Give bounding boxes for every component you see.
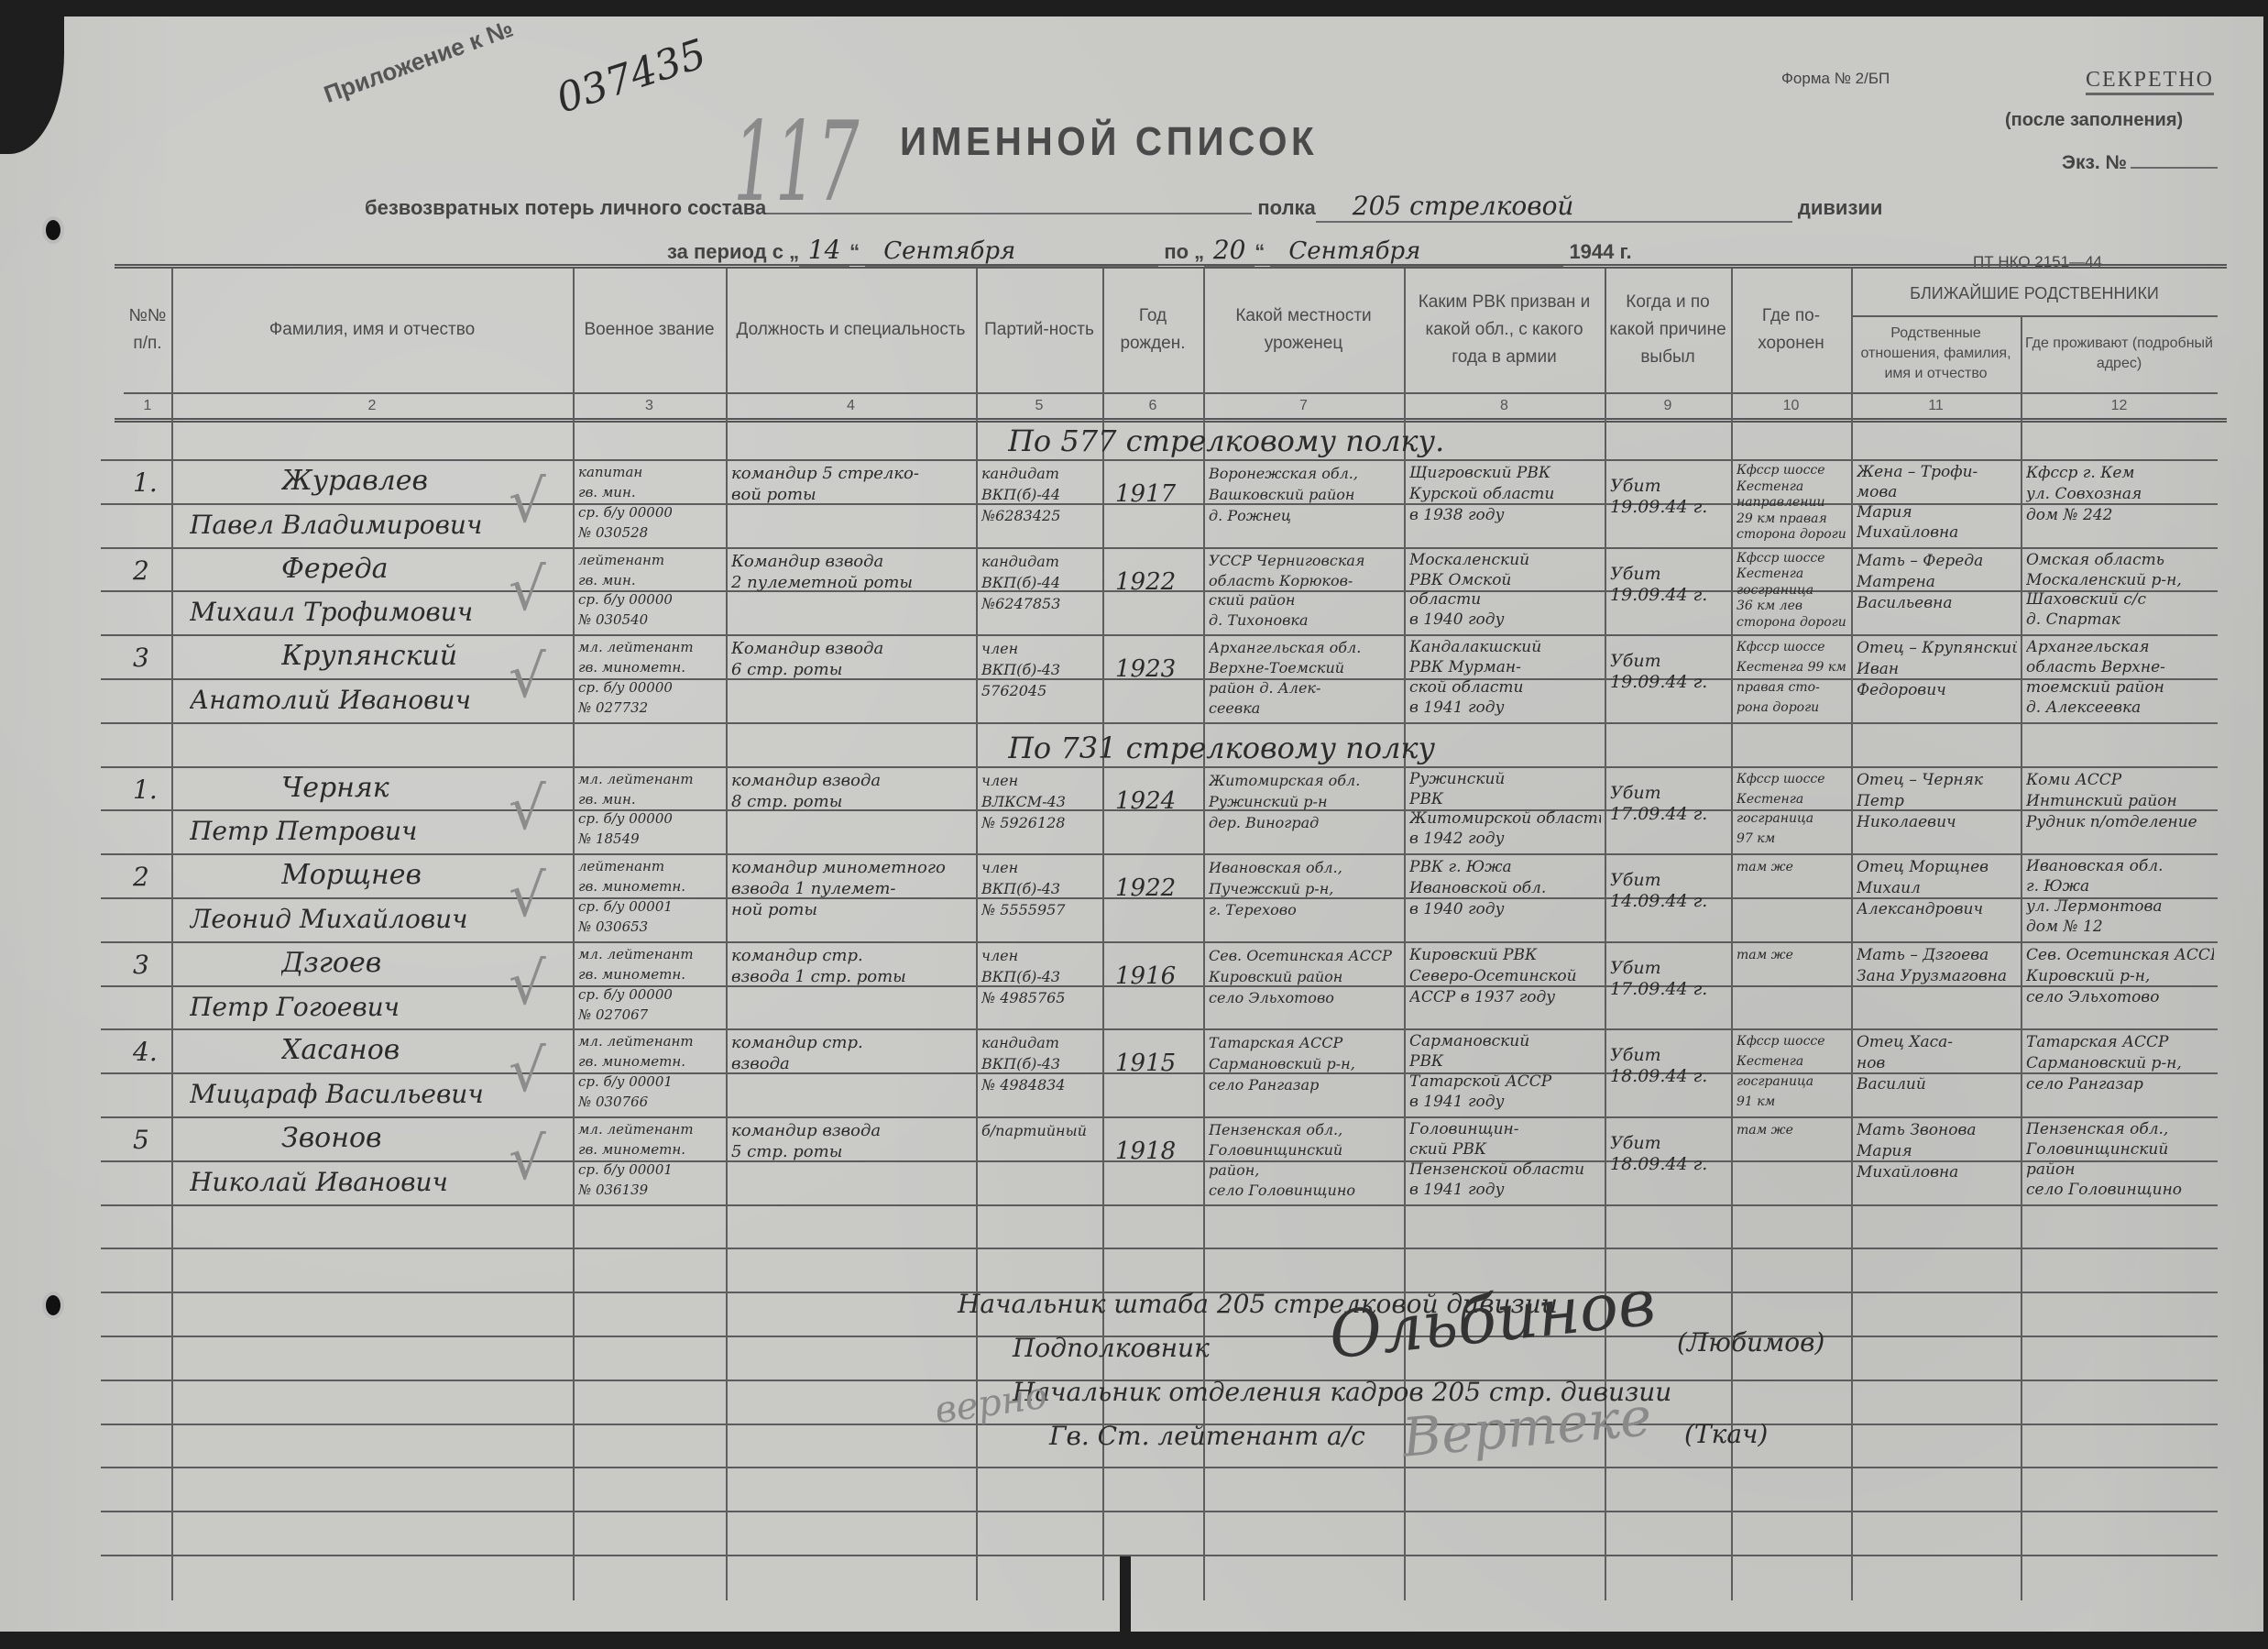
position-line: взвода 1 стр. роты bbox=[731, 966, 972, 987]
party-membership: кандидатВКП(б)-44№6283425 bbox=[981, 463, 1099, 547]
birth-year: 1922 bbox=[1115, 870, 1198, 907]
draft-office-line: Москаленский bbox=[1409, 551, 1601, 571]
period-from-month: Сентября bbox=[865, 237, 1158, 267]
signature-name-personnel-chief: (Ткач) bbox=[1684, 1419, 1768, 1449]
copy-number-text: Экз. № bbox=[2062, 152, 2127, 173]
party-membership-line: ВКП(б)-43 bbox=[981, 1053, 1099, 1074]
burial-place: там же bbox=[1737, 857, 1847, 941]
draft-office-line: области bbox=[1409, 590, 1601, 610]
position-line: 8 стр. роты bbox=[731, 791, 972, 812]
next-of-kin-address: Кфсср г. Кемул. Совхознаядом № 242 bbox=[2026, 463, 2214, 547]
position-line: Командир взвода bbox=[731, 551, 972, 572]
military-rank-line: мл. лейтенант bbox=[578, 638, 722, 658]
row-number: 2 bbox=[133, 555, 170, 588]
division-value: 205 стрелковой bbox=[1316, 191, 1574, 221]
draft-office: Кировский РВКСеверо-ОсетинскойАССР в 193… bbox=[1409, 945, 1601, 1029]
next-of-kin-address-line: Интинский район bbox=[2026, 791, 2214, 812]
party-membership-line: кандидат bbox=[981, 463, 1099, 484]
burial-place-line: сторона дороги bbox=[1737, 615, 1847, 632]
military-rank-line: № 030540 bbox=[578, 610, 722, 631]
military-rank-line: ср. б/у 00001 bbox=[578, 897, 722, 918]
draft-office-line: в 1941 году bbox=[1409, 1181, 1601, 1201]
birthplace-line: Сармановский р-н, bbox=[1209, 1053, 1400, 1074]
party-membership-line: ВКП(б)-44 bbox=[981, 484, 1099, 505]
row-line bbox=[101, 1204, 2218, 1206]
burial-place-line: Кфсср шоссе bbox=[1737, 551, 1847, 567]
column-number-2: 2 bbox=[171, 398, 573, 414]
column-header-label: Партий-ность bbox=[984, 316, 1094, 344]
form-code: ПТ НКО 2151—44 bbox=[1973, 253, 2102, 271]
date-reason-left-line: 18.09.44 г. bbox=[1610, 1154, 1727, 1175]
draft-office: РужинскийРВКЖитомирской областив 1942 го… bbox=[1409, 770, 1601, 854]
period-year: 1944 г. bbox=[1569, 240, 1631, 263]
checkmark-icon: √ bbox=[509, 863, 546, 930]
birth-year: 1923 bbox=[1115, 651, 1198, 687]
punch-hole bbox=[46, 1295, 60, 1315]
row-line bbox=[101, 547, 2218, 549]
next-of-kin-line: Александрович bbox=[1857, 899, 2017, 920]
next-of-kin-line: Зана Урузмаговна bbox=[1857, 966, 2017, 987]
draft-office-line: в 1940 году bbox=[1409, 899, 1601, 920]
column-header-label: Где проживают (подробный адрес) bbox=[2025, 334, 2213, 374]
military-rank: капитангв. мин.ср. б/у 00000№ 030528 bbox=[578, 463, 722, 547]
date-reason-left: Убит19.09.44 г. bbox=[1610, 476, 1727, 547]
losses-label: безвозвратных потерь личного состава bbox=[365, 196, 766, 219]
column-header-label: Родственные отношения, фамилия, имя и от… bbox=[1856, 324, 2016, 384]
military-rank-line: № 030653 bbox=[578, 918, 722, 938]
birthplace: Архангельская обл.Верхне-Тоемскийрайон д… bbox=[1209, 638, 1400, 722]
draft-office-line: Северо-Осетинской bbox=[1409, 966, 1601, 987]
party-membership-line: № 5555957 bbox=[981, 899, 1099, 920]
draft-office: РВК г. ЮжаИвановской обл.в 1940 году bbox=[1409, 857, 1601, 941]
section-title: По 577 стрелковому полку. bbox=[1008, 421, 1833, 461]
column-number-1: 1 bbox=[124, 398, 171, 414]
birthplace-line: дер. Виноград bbox=[1209, 812, 1400, 833]
birthplace-line: Сев. Осетинская АССР bbox=[1209, 945, 1400, 966]
party-membership-line: б/партийный bbox=[981, 1120, 1099, 1141]
date-reason-left: Убит14.09.44 г. bbox=[1610, 870, 1727, 941]
military-rank-line: гв. минометн. bbox=[578, 877, 722, 897]
column-header-10: Где по-хоронен bbox=[1731, 271, 1851, 389]
military-rank: мл. лейтенантгв. минометн.ср. б/у 00000№… bbox=[578, 945, 722, 1029]
birth-year: 1917 bbox=[1115, 476, 1198, 512]
position-line: взвода bbox=[731, 1053, 972, 1074]
burial-place-line: Кестенга bbox=[1737, 566, 1847, 583]
date-reason-left-line: 19.09.44 г. bbox=[1610, 672, 1727, 693]
next-of-kin-address-line: Рудник п/отделение bbox=[2026, 812, 2214, 833]
draft-office-line: ской области bbox=[1409, 678, 1601, 698]
next-of-kin-line: Васильевна bbox=[1857, 593, 2017, 614]
birth-year: 1916 bbox=[1115, 958, 1198, 995]
column-header-8: Каким РВК призван и какой обл., с какого… bbox=[1404, 271, 1605, 389]
party-membership-line: кандидат bbox=[981, 551, 1099, 572]
next-of-kin-address-line: Ивановская обл. bbox=[2026, 857, 2214, 877]
next-of-kin-address: Архангельскаяобласть Верхне-тоемский рай… bbox=[2026, 638, 2214, 722]
military-rank-line: ср. б/у 00000 bbox=[578, 590, 722, 610]
appendix-number: 037435 bbox=[551, 30, 712, 122]
next-of-kin-address-line: Татарская АССР bbox=[2026, 1032, 2214, 1053]
next-of-kin-line: Мария bbox=[1857, 1141, 2017, 1162]
column-number-11: 11 bbox=[1851, 398, 2021, 414]
military-rank-line: гв. мин. bbox=[578, 790, 722, 810]
next-of-kin-line: Мать – Фереда bbox=[1857, 551, 2017, 572]
next-of-kin-line: Федорович bbox=[1857, 680, 2017, 701]
period-line: за период с „14“ Сентября по „20“ Сентяб… bbox=[667, 235, 1632, 267]
party-membership-line: член bbox=[981, 945, 1099, 966]
row-line bbox=[101, 722, 2218, 724]
birthplace: Житомирская обл.Ружинский р-ндер. Виногр… bbox=[1209, 770, 1400, 854]
date-reason-left: Убит17.09.44 г. bbox=[1610, 783, 1727, 854]
next-of-kin-line: Жена – Трофи- bbox=[1857, 463, 2017, 483]
column-line bbox=[1731, 269, 1733, 1600]
military-rank-line: лейтенант bbox=[578, 857, 722, 877]
date-reason-left-line: 17.09.44 г. bbox=[1610, 804, 1727, 825]
party-membership-line: №6247853 bbox=[981, 593, 1099, 614]
position: командир стр.взвода bbox=[731, 1032, 972, 1116]
column-header-label: Какой местности уроженец bbox=[1208, 302, 1399, 357]
given-name: Мицараф Васильевич bbox=[190, 1076, 556, 1113]
date-reason-left-line: Убит bbox=[1610, 783, 1727, 804]
next-of-kin-address-line: ул. Лермонтова bbox=[2026, 897, 2214, 918]
next-of-kin: Отец МорщневМихаилАлександрович bbox=[1857, 857, 2017, 941]
next-of-kin-address-line: Шаховский с/с bbox=[2026, 590, 2214, 610]
military-rank-line: № 036139 bbox=[578, 1181, 722, 1201]
burial-place-line: Кфсср шоссе bbox=[1737, 770, 1847, 790]
burial-place-line: госграница bbox=[1737, 809, 1847, 830]
next-of-kin-address-line: д. Спартак bbox=[2026, 610, 2214, 631]
draft-office-line: АССР в 1937 году bbox=[1409, 987, 1601, 1008]
division-label: дивизии bbox=[1798, 196, 1883, 219]
position: командир стр.взвода 1 стр. роты bbox=[731, 945, 972, 1029]
period-label: за период с bbox=[667, 240, 783, 263]
given-name: Михаил Трофимович bbox=[190, 594, 556, 631]
next-of-kin-line: Мария bbox=[1857, 503, 2017, 523]
position-line: взвода 1 пулемет- bbox=[731, 878, 972, 899]
birthplace-line: Вашковский район bbox=[1209, 484, 1400, 505]
unit-field bbox=[766, 213, 1252, 214]
column-header-3: Военное звание bbox=[573, 271, 726, 389]
burial-place-line: Кестенга bbox=[1737, 1052, 1847, 1072]
birth-year: 1924 bbox=[1115, 783, 1198, 819]
military-rank: мл. лейтенантгв. минометн.ср. б/у 00000№… bbox=[578, 638, 722, 722]
row-line bbox=[101, 1555, 2218, 1556]
burial-place: Кфсср шоссеКестенга 99 кмправая сто-рона… bbox=[1737, 638, 1847, 722]
period-from-day: 14 bbox=[799, 235, 849, 267]
military-rank-line: гв. мин. bbox=[578, 483, 722, 503]
next-of-kin-line: нов bbox=[1857, 1053, 2017, 1074]
position-line: 5 стр. роты bbox=[731, 1141, 972, 1162]
draft-office: Щигровский РВККурской областив 1938 году bbox=[1409, 463, 1601, 547]
birthplace-line: район д. Алек- bbox=[1209, 678, 1400, 698]
date-reason-left-line: 18.09.44 г. bbox=[1610, 1066, 1727, 1087]
birthplace-line: г. Терехово bbox=[1209, 899, 1400, 920]
position-line: ной роты bbox=[731, 899, 972, 920]
next-of-kin-address-line: район bbox=[2026, 1160, 2214, 1181]
date-reason-left-line: Убит bbox=[1610, 564, 1727, 585]
period-to-day: 20 bbox=[1204, 235, 1255, 267]
burial-place-line: 36 км лев bbox=[1737, 599, 1847, 615]
party-membership-line: № 4984834 bbox=[981, 1074, 1099, 1095]
burial-place-line: рона дороги bbox=[1737, 698, 1847, 719]
position-line: вой роты bbox=[731, 484, 972, 505]
military-rank-line: ср. б/у 00000 bbox=[578, 985, 722, 1006]
military-rank: лейтенантгв. мин.ср. б/у 00000№ 030540 bbox=[578, 551, 722, 635]
next-of-kin-address-line: село Головинщино bbox=[2026, 1181, 2214, 1201]
birthplace-line: Головинщинский bbox=[1209, 1140, 1400, 1160]
column-number-8: 8 bbox=[1404, 398, 1605, 414]
next-of-kin-address-line: Омская область bbox=[2026, 551, 2214, 571]
next-of-kin-line: мова bbox=[1857, 483, 2017, 503]
position-line: Командир взвода bbox=[731, 638, 972, 659]
military-rank-line: мл. лейтенант bbox=[578, 1120, 722, 1140]
party-membership: членВЛКСМ-43№ 5926128 bbox=[981, 770, 1099, 854]
date-reason-left-line: Убит bbox=[1610, 1133, 1727, 1154]
next-of-kin-address: Омская областьМоскаленский р-н,Шаховский… bbox=[2026, 551, 2214, 635]
row-number: 1. bbox=[133, 774, 170, 807]
column-number-4: 4 bbox=[726, 398, 976, 414]
checkmark-icon: √ bbox=[509, 951, 546, 1018]
given-name: Николай Иванович bbox=[190, 1164, 556, 1201]
next-of-kin-address-line: Коми АССР bbox=[2026, 770, 2214, 791]
date-reason-left: Убит18.09.44 г. bbox=[1610, 1045, 1727, 1116]
military-rank-line: гв. минометн. bbox=[578, 1140, 722, 1160]
row-line bbox=[101, 941, 2218, 943]
column-number-6: 6 bbox=[1102, 398, 1203, 414]
next-of-kin-address-line: дом № 12 bbox=[2026, 918, 2214, 938]
birthplace-line: село Эльхотово bbox=[1209, 987, 1400, 1008]
section-title: По 731 стрелковому полку bbox=[1008, 728, 1833, 768]
birthplace: Воронежская обл.,Вашковский районд. Рожн… bbox=[1209, 463, 1400, 547]
torn-corner bbox=[0, 16, 64, 154]
birth-year: 1915 bbox=[1115, 1045, 1198, 1082]
losses-line: безвозвратных потерь личного состава пол… bbox=[365, 191, 1882, 223]
burial-place-line: сторона дороги bbox=[1737, 527, 1847, 544]
military-rank: мл. лейтенантгв. мин.ср. б/у 00000№ 1854… bbox=[578, 770, 722, 854]
period-to-month: Сентября bbox=[1270, 237, 1563, 267]
burial-place-line: 91 км bbox=[1737, 1093, 1847, 1113]
next-of-kin-address-line: Сармановский р-н, bbox=[2026, 1053, 2214, 1074]
signature-chief-of-staff: Ольбинов bbox=[1326, 1265, 1659, 1374]
next-of-kin-address-line: д. Алексеевка bbox=[2026, 698, 2214, 719]
next-of-kin: Отец – КрупянскийИванФедорович bbox=[1857, 638, 2017, 722]
next-of-kin-line: Отец – Крупянский bbox=[1857, 638, 2017, 659]
row-number: 4. bbox=[133, 1036, 170, 1069]
next-of-kin-address-line: дом № 242 bbox=[2026, 505, 2214, 526]
draft-office-line: Кировский РВК bbox=[1409, 945, 1601, 966]
party-membership-line: ВКП(б)-43 bbox=[981, 878, 1099, 899]
row-number: 3 bbox=[133, 949, 170, 982]
table-top-border bbox=[115, 264, 2227, 269]
column-number-5: 5 bbox=[976, 398, 1102, 414]
given-name: Анатолий Иванович bbox=[190, 682, 556, 719]
signature-rank-chief-of-staff: Подполковник bbox=[1013, 1333, 1210, 1363]
position: Командир взвода6 стр. роты bbox=[731, 638, 972, 722]
row-line bbox=[101, 1116, 2218, 1118]
position-line: командир взвода bbox=[731, 770, 972, 791]
burial-place: там же bbox=[1737, 945, 1847, 1029]
military-rank: мл. лейтенантгв. минометн.ср. б/у 00001№… bbox=[578, 1120, 722, 1204]
next-of-kin-line: Петр bbox=[1857, 791, 2017, 812]
column-header-6: Год рожден. bbox=[1102, 271, 1203, 389]
signature-rank-personnel-chief: Гв. Ст. лейтенант а/с bbox=[1049, 1421, 1365, 1451]
secret-label: СЕКРЕТНО bbox=[2086, 68, 2214, 95]
birth-year: 1922 bbox=[1115, 564, 1198, 600]
position-line: командир стр. bbox=[731, 945, 972, 966]
date-reason-left: Убит19.09.44 г. bbox=[1610, 564, 1727, 635]
date-reason-left: Убит17.09.44 г. bbox=[1610, 958, 1727, 1029]
column-header-7: Какой местности уроженец bbox=[1203, 271, 1404, 389]
military-rank-line: мл. лейтенант bbox=[578, 770, 722, 790]
column-header-11: Родственные отношения, фамилия, имя и от… bbox=[1851, 319, 2021, 389]
next-of-kin-address-line: Пензенская обл., bbox=[2026, 1120, 2214, 1140]
birthplace-line: Ивановская обл., bbox=[1209, 857, 1400, 878]
position: командир минометноговзвода 1 пулемет-ной… bbox=[731, 857, 972, 941]
column-line bbox=[2021, 315, 2022, 1600]
next-of-kin-line: Михайловна bbox=[1857, 523, 2017, 544]
copy-number-label: Экз. № bbox=[2062, 152, 2218, 174]
military-rank-line: № 030528 bbox=[578, 523, 722, 544]
draft-office-line: Пензенской области bbox=[1409, 1160, 1601, 1181]
burial-place-line: Кестенга 99 км bbox=[1737, 658, 1847, 678]
military-rank-line: № 027732 bbox=[578, 698, 722, 719]
party-membership-line: ВЛКСМ-43 bbox=[981, 791, 1099, 812]
draft-office-line: Головинщин- bbox=[1409, 1120, 1601, 1140]
checkmark-icon: √ bbox=[509, 775, 546, 843]
date-reason-left-line: Убит bbox=[1610, 958, 1727, 979]
next-of-kin-line: Отец – Черняк bbox=[1857, 770, 2017, 791]
military-rank-line: капитан bbox=[578, 463, 722, 483]
column-number-7: 7 bbox=[1203, 398, 1404, 414]
military-rank-line: гв. минометн. bbox=[578, 965, 722, 985]
military-rank-line: ср. б/у 00000 bbox=[578, 503, 722, 523]
date-reason-left-line: Убит bbox=[1610, 476, 1727, 497]
draft-office-line: Щигровский РВК bbox=[1409, 463, 1601, 484]
next-of-kin-address-line: село Рангазар bbox=[2026, 1074, 2214, 1095]
birthplace-line: Пензенская обл., bbox=[1209, 1120, 1400, 1140]
burial-place-line: там же bbox=[1737, 1120, 1847, 1141]
birthplace: Ивановская обл.,Пучежский р-н,г. Терехов… bbox=[1209, 857, 1400, 941]
column-header-label: Каким РВК призван и какой обл., с какого… bbox=[1408, 289, 1600, 371]
position: командир 5 стрелко-вой роты bbox=[731, 463, 972, 547]
draft-office-line: в 1942 году bbox=[1409, 830, 1601, 850]
burial-place: Кфсср шоссеКестенгагосграница97 км bbox=[1737, 770, 1847, 854]
column-header-12: Где проживают (подробный адрес) bbox=[2021, 319, 2218, 389]
next-of-kin-address-line: г. Южа bbox=[2026, 877, 2214, 897]
next-of-kin-address-line: Сев. Осетинская АССР bbox=[2026, 945, 2214, 966]
column-number-9: 9 bbox=[1605, 398, 1731, 414]
next-of-kin-line: Отец Хаса- bbox=[1857, 1032, 2017, 1053]
draft-office-line: в 1941 году bbox=[1409, 698, 1601, 719]
military-rank-line: мл. лейтенант bbox=[578, 945, 722, 965]
draft-office-line: Ивановской обл. bbox=[1409, 878, 1601, 899]
date-reason-left: Убит19.09.44 г. bbox=[1610, 651, 1727, 722]
draft-office-line: в 1940 году bbox=[1409, 610, 1601, 631]
birthplace-line: д. Тихоновка bbox=[1209, 610, 1400, 631]
date-reason-left-line: Убит bbox=[1610, 1045, 1727, 1066]
next-of-kin-address-line: Кировский р-н, bbox=[2026, 966, 2214, 987]
burial-place-line: Кестенга bbox=[1737, 790, 1847, 810]
burial-place: там же bbox=[1737, 1120, 1847, 1204]
signature-name-chief-of-staff: (Любимов) bbox=[1677, 1327, 1824, 1358]
position-line: 6 стр. роты bbox=[731, 659, 972, 680]
date-reason-left-line: Убит bbox=[1610, 870, 1727, 891]
burial-place-line: там же bbox=[1737, 945, 1847, 966]
party-membership: кандидатВКП(б)-43№ 4984834 bbox=[981, 1032, 1099, 1116]
date-reason-left: Убит18.09.44 г. bbox=[1610, 1133, 1727, 1204]
birthplace-line: УССР Черниговская bbox=[1209, 551, 1400, 571]
party-membership-line: ВКП(б)-43 bbox=[981, 966, 1099, 987]
row-line bbox=[101, 1511, 2218, 1512]
position-line: командир минометного bbox=[731, 857, 972, 878]
column-line bbox=[1851, 269, 1853, 1600]
burial-place: Кфсср шоссеКестенганаправлении29 км прав… bbox=[1737, 463, 1847, 547]
burial-place: Кфсср шоссеКестенгагосграница91 км bbox=[1737, 1032, 1847, 1116]
next-of-kin-address: Татарская АССРСармановский р-н,село Ранг… bbox=[2026, 1032, 2214, 1116]
division-field: 205 стрелковой bbox=[1316, 191, 1792, 223]
birth-year: 1918 bbox=[1115, 1133, 1198, 1170]
form-number: Форма № 2/БП bbox=[1781, 70, 1890, 88]
header-divider bbox=[124, 392, 2218, 394]
draft-office-line: в 1938 году bbox=[1409, 505, 1601, 526]
birthplace-line: область Корюков- bbox=[1209, 571, 1400, 591]
next-of-kin-address-line: Кфсср г. Кем bbox=[2026, 463, 2214, 484]
military-rank-line: ср. б/у 00001 bbox=[578, 1072, 722, 1093]
column-header-label: Должность и специальность bbox=[737, 316, 966, 344]
column-header-4: Должность и специальность bbox=[726, 271, 976, 389]
birthplace-line: село Рангазар bbox=[1209, 1074, 1400, 1095]
military-rank-line: ср. б/у 00001 bbox=[578, 1160, 722, 1181]
row-line bbox=[101, 1248, 2218, 1249]
next-of-kin-line: Михаил bbox=[1857, 878, 2017, 899]
party-membership-line: член bbox=[981, 638, 1099, 659]
column-number-12: 12 bbox=[2021, 398, 2218, 414]
checkmark-icon: √ bbox=[509, 468, 546, 536]
next-of-kin-address-line: Головинщинский bbox=[2026, 1140, 2214, 1160]
party-membership: членВКП(б)-43№ 4985765 bbox=[981, 945, 1099, 1029]
next-of-kin-line: Мать – Дзгоева bbox=[1857, 945, 2017, 966]
draft-office-line: РВК bbox=[1409, 1052, 1601, 1072]
given-name: Петр Гогоевич bbox=[190, 989, 556, 1026]
column-header-label: Год рожден. bbox=[1107, 302, 1199, 357]
birthplace: Сев. Осетинская АССРКировский районсело … bbox=[1209, 945, 1400, 1029]
draft-office: СармановскийРВКТатарской АССРв 1941 году bbox=[1409, 1032, 1601, 1116]
burial-place: Кфсср шоссеКестенгагосграница36 км левст… bbox=[1737, 551, 1847, 635]
birthplace-line: Воронежская обл., bbox=[1209, 463, 1400, 484]
military-rank-line: гв. минометн. bbox=[578, 1052, 722, 1072]
next-of-kin-line: Отец Морщнев bbox=[1857, 857, 2017, 878]
document-page: Приложение к № 037435 117 ИМЕННОЙ СПИСОК… bbox=[0, 16, 2263, 1632]
party-membership-line: 5762045 bbox=[981, 680, 1099, 701]
burial-place-line: 97 км bbox=[1737, 830, 1847, 850]
given-name: Леонид Михайлович bbox=[190, 901, 556, 938]
position-line: 2 пулеметной роты bbox=[731, 572, 972, 593]
burial-place-line: Кфсср шоссе bbox=[1737, 638, 1847, 658]
party-membership-line: №6283425 bbox=[981, 505, 1099, 526]
relatives-group-header: БЛИЖАЙШИЕ РОДСТВЕННИКИ bbox=[1851, 273, 2218, 313]
date-reason-left-line: 19.09.44 г. bbox=[1610, 585, 1727, 606]
checkmark-icon: √ bbox=[509, 556, 546, 624]
column-header-9: Когда и по какой причине выбыл bbox=[1605, 271, 1731, 389]
column-header-5: Партий-ность bbox=[976, 271, 1102, 389]
next-of-kin: Мать – ДзгоеваЗана Урузмаговна bbox=[1857, 945, 2017, 1029]
party-membership: членВКП(б)-43№ 5555957 bbox=[981, 857, 1099, 941]
next-of-kin-address: Ивановская обл.г. Южаул. Лермонтовадом №… bbox=[2026, 857, 2214, 941]
party-membership: б/партийный bbox=[981, 1120, 1099, 1204]
birthplace: УССР Черниговскаяобласть Корюков-ский ра… bbox=[1209, 551, 1400, 635]
birthplace-line: Житомирская обл. bbox=[1209, 770, 1400, 791]
relatives-group-divider bbox=[1851, 315, 2218, 317]
draft-office-line: Сармановский bbox=[1409, 1032, 1601, 1052]
